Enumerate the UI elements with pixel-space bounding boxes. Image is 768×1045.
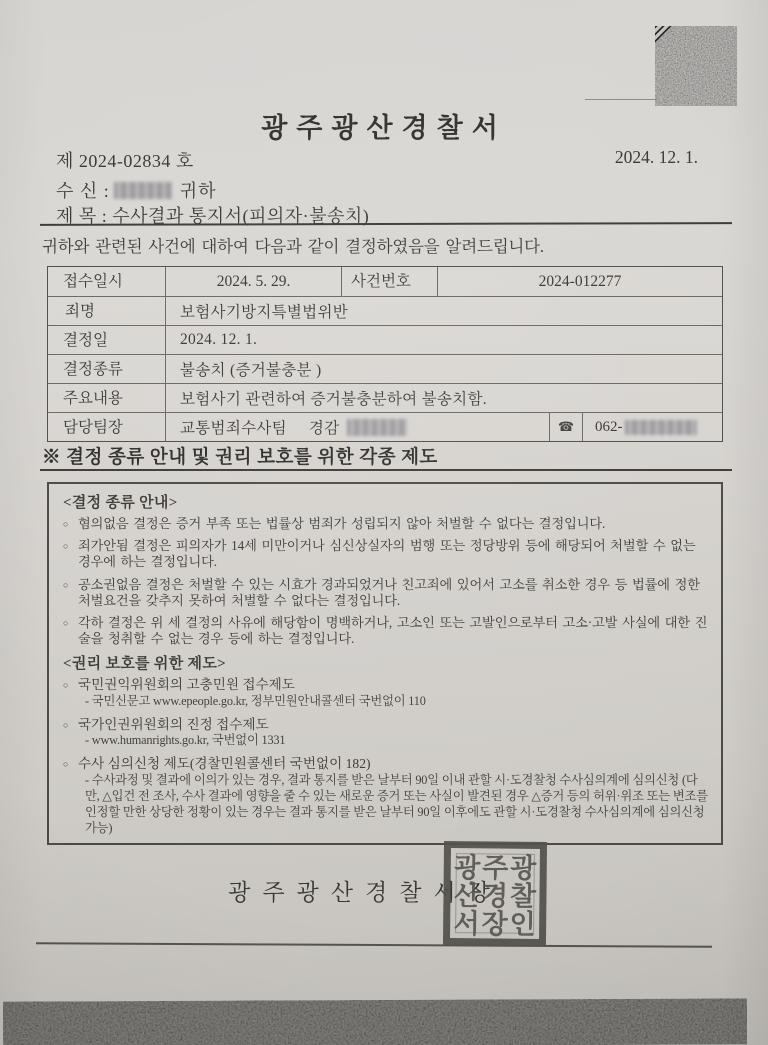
offense-label-cell: 죄명: [48, 297, 165, 325]
decision-date-value: 2024. 12. 1.: [165, 326, 722, 354]
case-number-label-cell: 사건번호: [341, 267, 437, 296]
rights-title: <권리 보호를 위한 제도>: [63, 655, 709, 673]
table-row: 주요내용 보험사기 관련하여 증거불충분하여 불송치함.: [48, 383, 722, 412]
seal-glyph: 광: [510, 852, 537, 883]
official-seal: 광 주 광 산 경 찰 서 장 인: [442, 840, 547, 946]
receipt-date-value: 2024. 5. 29.: [165, 267, 341, 296]
signer-title: 광주광산경찰서장: [0, 874, 730, 907]
seal-glyph: 장: [481, 908, 508, 939]
section-heading: ※ 결정 종류 안내 및 권리 보호를 위한 각종 제도: [40, 443, 438, 469]
bullet-icon: ○: [63, 615, 78, 647]
table-row: 결정일 2024. 12. 1.: [48, 325, 722, 354]
decision-guide-title: <결정 종류 안내>: [63, 494, 709, 512]
officer-team: 교통범죄수사팀: [180, 416, 287, 438]
seal-glyph: 경: [482, 880, 508, 911]
seal-glyph: 인: [509, 908, 535, 939]
officer-value-cell: 교통범죄수사팀경감: [165, 413, 549, 441]
rights-item: ○ 국민권익위원회의 고충민원 접수제도 - 국민신문고 www.epeople…: [63, 677, 709, 710]
decision-type-value: 불송치 (증거불충분 ): [165, 355, 722, 383]
seal-glyph: 주: [482, 853, 508, 883]
intro-text: 귀하와 관련된 사건에 대하여 다음과 같이 결정하였음을 알려드립니다.: [42, 233, 732, 257]
bullet-icon: ○: [63, 516, 78, 532]
rights-item: ○ 국가인권위원회의 진정 접수제도 - www.humanrights.go.…: [63, 717, 709, 750]
decision-type-label: 결정종류: [48, 356, 165, 383]
receipt-date-label: 접수일시: [48, 268, 165, 295]
notice-box: <결정 종류 안내> ○ 혐의없음 결정은 증거 부족 또는 법률상 범죄가 성…: [47, 482, 723, 845]
offense-label: 죄명: [48, 298, 165, 325]
officer-label-cell: 담당팀장: [48, 413, 165, 441]
bullet-icon: ○: [63, 717, 78, 734]
officer-label: 담당팀장: [48, 414, 165, 441]
document-number-line: 제 2024-02834 호 2024. 12. 1.: [40, 147, 738, 173]
bullet-icon: ○: [63, 538, 78, 570]
page-title: 광주광산경찰서: [0, 106, 768, 145]
table-row: 결정종류 불송치 (증거불충분 ): [48, 354, 722, 383]
phone-prefix: 062-: [595, 419, 623, 436]
phone-number-cell: 062-: [582, 413, 722, 441]
decision-guide-item: ○ 혐의없음 결정은 증거 부족 또는 법률상 범죄가 성립되지 않아 처벌할 …: [63, 516, 709, 532]
summary-value: 보험사기 관련하여 증거불충분하여 불송치함.: [165, 384, 722, 412]
summary-label: 주요내용: [48, 385, 165, 412]
recipient-suffix: 귀하: [180, 181, 217, 201]
case-number-value: 2024-012277: [437, 267, 722, 296]
qr-guide-line: [585, 99, 656, 100]
officer-rank: 경감: [309, 416, 340, 438]
receipt-date-label-cell: 접수일시: [48, 267, 165, 296]
seal-glyph: 서: [453, 908, 479, 939]
seal-glyph: 산: [454, 880, 481, 911]
seal-glyph: 광: [454, 852, 481, 883]
offense-value: 보험사기방지특별법위반: [165, 297, 722, 325]
table-row: 죄명 보험사기방지특별법위반: [48, 296, 722, 325]
recipient-line: 수 신 :귀하: [40, 177, 217, 203]
subject-rule: [40, 222, 732, 226]
rights-item-detail: - 국민신문고 www.epeople.go.kr, 정부민원안내콜센터 국번없…: [85, 694, 709, 710]
decision-date-label: 결정일: [48, 327, 165, 354]
issue-date: 2024. 12. 1.: [615, 147, 738, 173]
qr-code: [655, 26, 737, 106]
rights-item-detail: - www.humanrights.go.kr, 국번없이 1331: [85, 733, 709, 749]
table-row: 접수일시 2024. 5. 29. 사건번호 2024-012277: [48, 267, 722, 296]
phone-icon: ☎: [549, 413, 582, 441]
seal-glyph: 찰: [510, 880, 537, 911]
case-table: 접수일시 2024. 5. 29. 사건번호 2024-012277 죄명 보험…: [47, 266, 723, 442]
footer-rule: [36, 942, 712, 947]
heading-rule: [40, 469, 732, 471]
scanner-noise-strip: [3, 998, 747, 1045]
decision-type-label-cell: 결정종류: [48, 355, 165, 383]
rights-item: ○ 수사 심의신청 제도(경찰민원콜센터 국번없이 182) - 수사과정 및 …: [63, 756, 709, 837]
table-row: 담당팀장 교통범죄수사팀경감 ☎ 062-: [48, 412, 722, 441]
decision-guide-item: ○ 각하 결정은 위 세 결정의 사유에 해당함이 명백하거나, 고소인 또는 …: [63, 615, 709, 647]
redacted-recipient-name: [114, 182, 172, 199]
bullet-icon: ○: [63, 677, 78, 694]
decision-guide-item: ○ 죄가안됨 결정은 피의자가 14세 미만이거나 심신상실자의 범행 또는 정…: [63, 538, 709, 570]
bullet-icon: ○: [63, 756, 78, 773]
bullet-icon: ○: [63, 577, 78, 609]
decision-guide-item: ○ 공소권없음 결정은 처벌할 수 있는 시효가 경과되었거나 친고죄에 있어서…: [63, 577, 709, 609]
decision-date-label-cell: 결정일: [48, 326, 165, 354]
redacted-officer-name: [347, 419, 407, 436]
document-number: 제 2024-02834 호: [40, 147, 194, 173]
summary-label-cell: 주요내용: [48, 384, 165, 412]
recipient-label: 수 신 :: [56, 181, 110, 201]
case-number-label: 사건번호: [342, 268, 437, 295]
rights-item-detail: - 수사과정 및 결과에 이의가 있는 경우, 결과 통지를 받은 날부터 90…: [85, 773, 709, 837]
redacted-phone-number: [625, 420, 697, 435]
